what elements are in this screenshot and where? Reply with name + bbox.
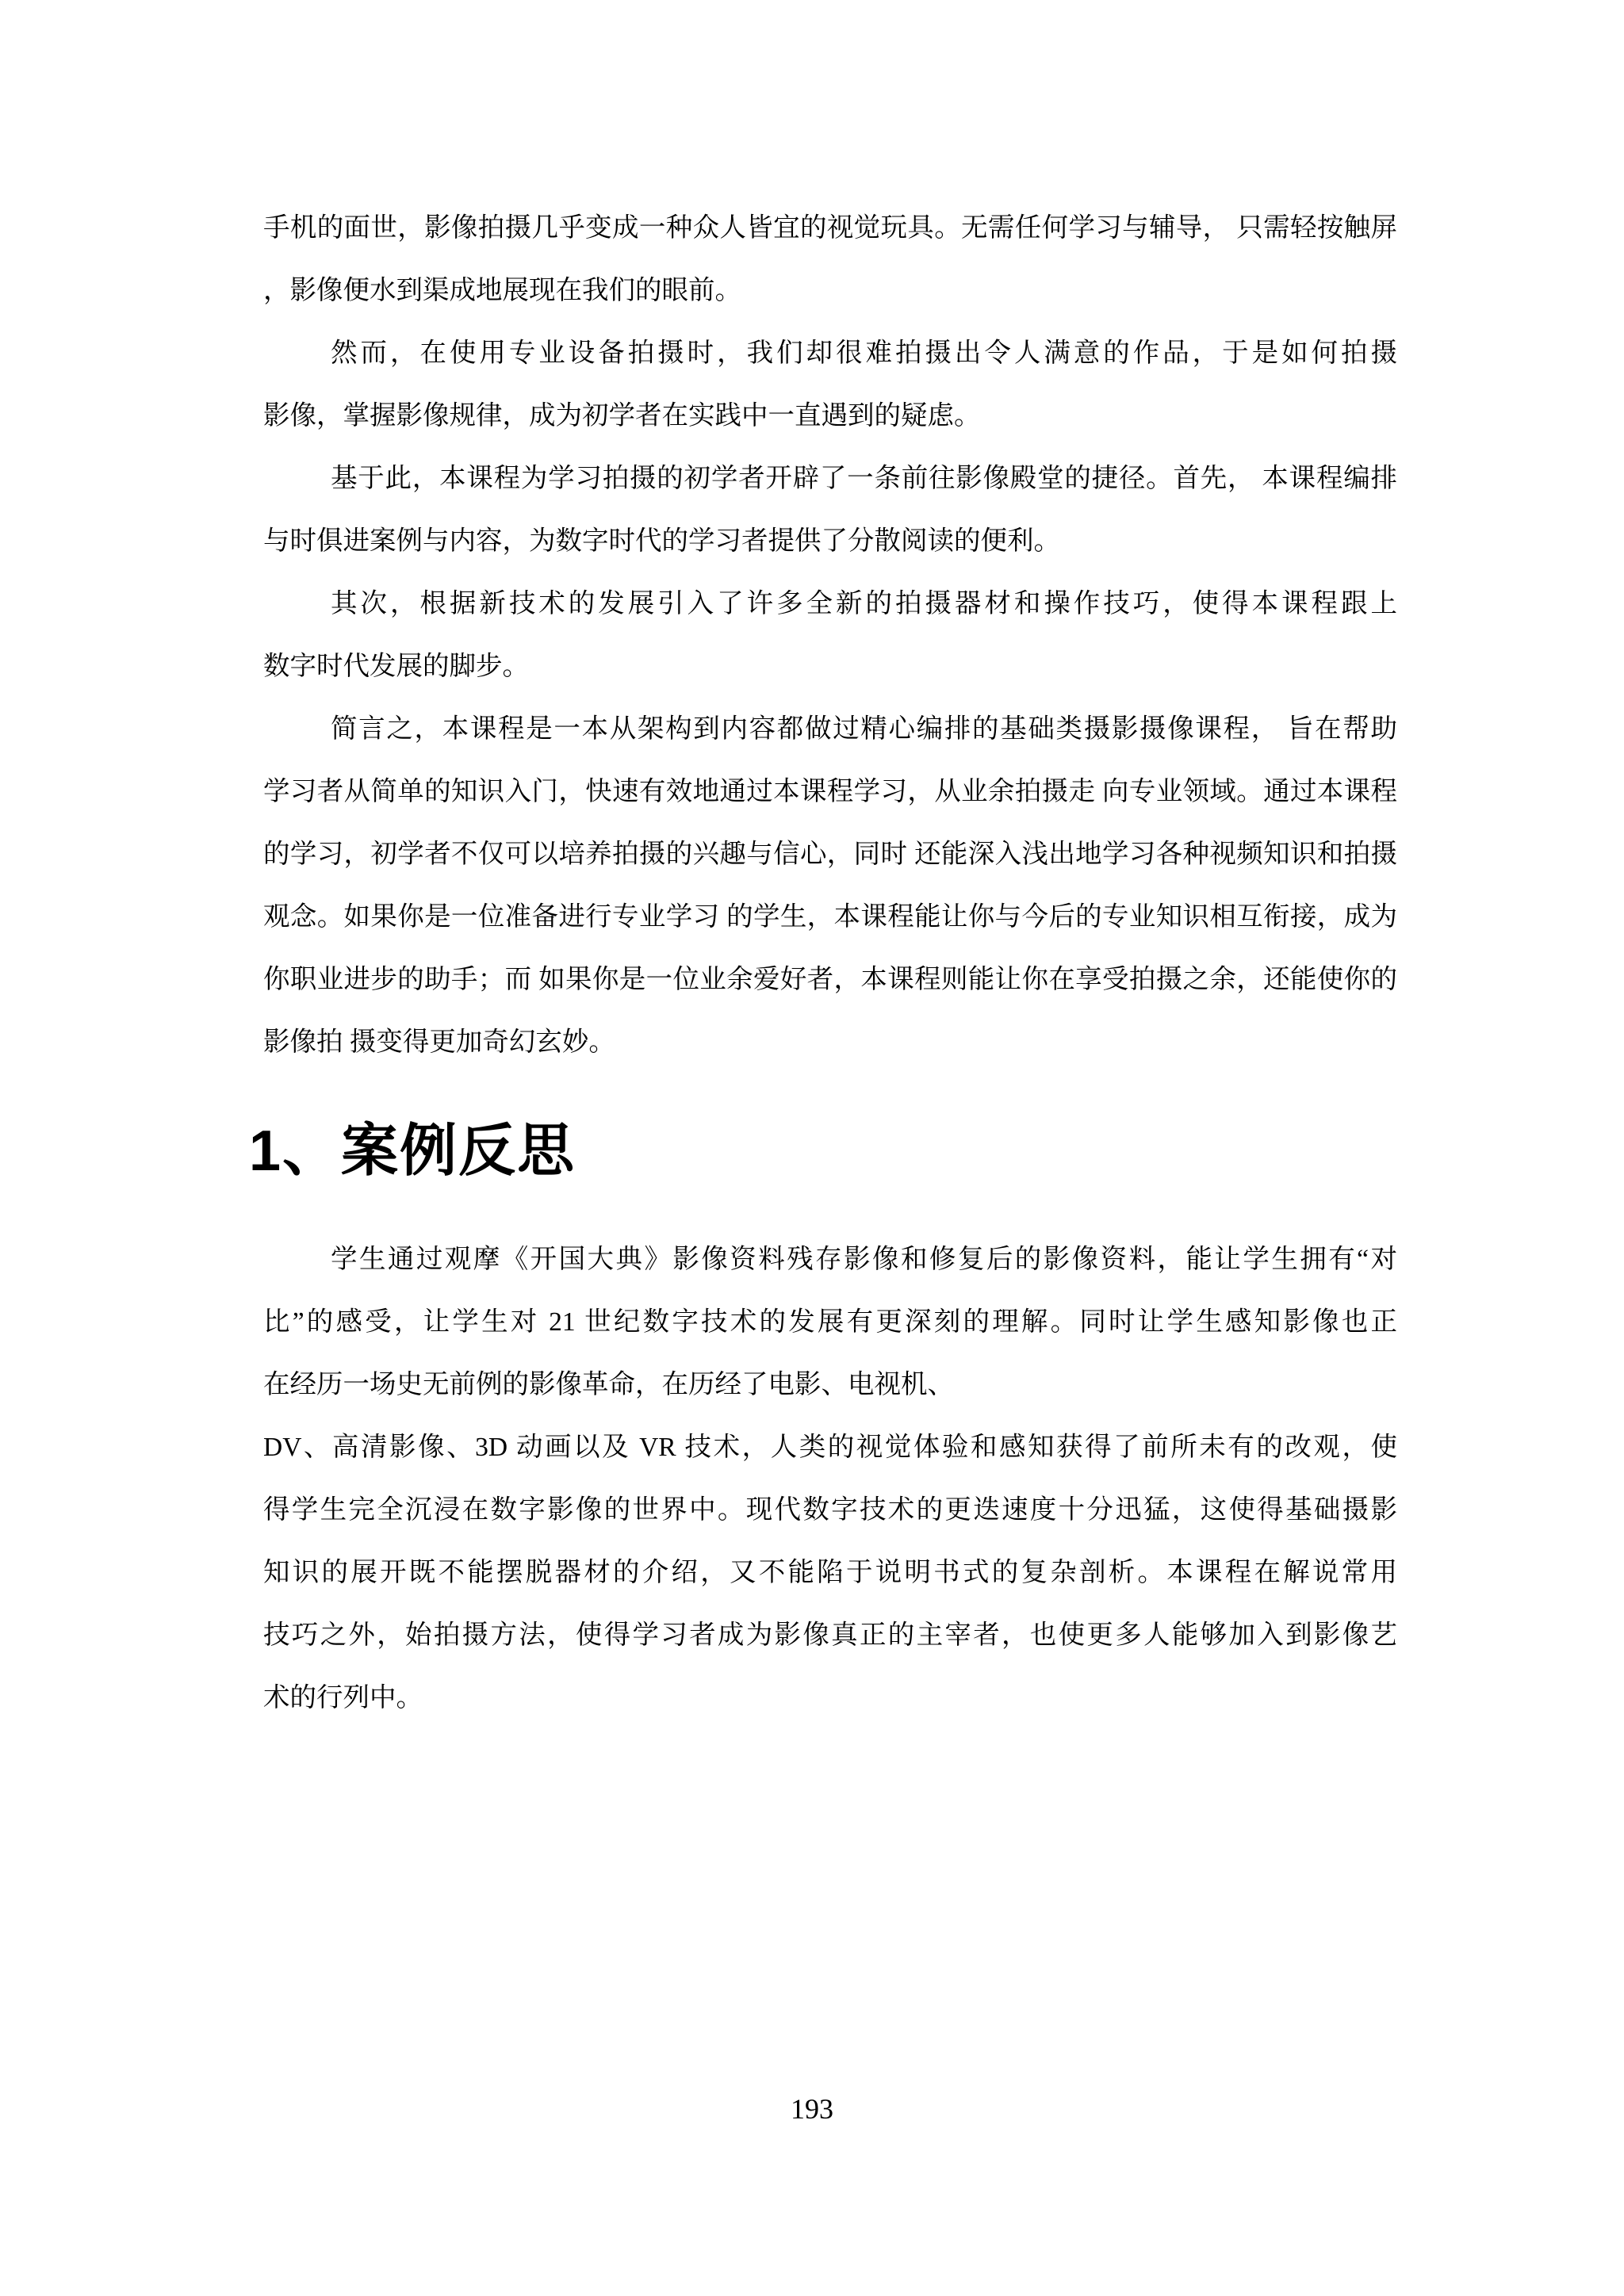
- case-paragraph-line: 在经历一场史无前例的影像革命，在历经了电影、电视机、: [263, 1353, 1397, 1416]
- intro-paragraph-line: 其次，根据新技术的发展引入了许多全新的拍摄器材和操作技巧，使得本课程跟上: [263, 572, 1397, 635]
- case-paragraph-line: 知识的展开既不能摆脱器材的介绍，又不能陷于说明书式的复杂剖析。本课程在解说常用: [263, 1541, 1397, 1604]
- case-paragraph-line: 得学生完全沉浸在数字影像的世界中。现代数字技术的更迭速度十分迅猛，这使得基础摄影: [263, 1479, 1397, 1541]
- intro-paragraph-line: 你职业进步的助手；而 如果你是一位业余爱好者，本课程则能让你在享受拍摄之余，还能…: [263, 948, 1397, 1011]
- intro-paragraph-line: 基于此，本课程为学习拍摄的初学者开辟了一条前往影像殿堂的捷径。首先， 本课程编排…: [263, 447, 1397, 510]
- case-paragraph-line: 学生通过观摩《开国大典》影像资料残存影像和修复后的影像资料，能让学生拥有“对: [263, 1228, 1397, 1291]
- section-heading: 1、案例反思: [249, 1115, 1397, 1188]
- intro-paragraph-line: 影像拍 摄变得更加奇幻玄妙。: [263, 1011, 1397, 1073]
- intro-paragraph-line: ，影像便水到渠成地展现在我们的眼前。: [263, 259, 1397, 322]
- case-paragraph-line: DV、高清影像、3D 动画以及 VR 技术，人类的视觉体验和感知获得了前所未有的…: [263, 1416, 1397, 1479]
- intro-paragraph-line: 简言之，本课程是一本从架构到内容都做过精心编排的基础类摄影摄像课程， 旨在帮助: [263, 698, 1397, 760]
- document-page: 手机的面世，影像拍摄几乎变成一种众人皆宜的视觉玩具。无需任何学习与辅导， 只需轻…: [0, 0, 1624, 2296]
- intro-paragraph-line: 数字时代发展的脚步。: [263, 635, 1397, 698]
- case-paragraph-line: 比”的感受，让学生对 21 世纪数字技术的发展有更深刻的理解。同时让学生感知影像…: [263, 1291, 1397, 1353]
- case-paragraph-line: 术的行列中。: [263, 1667, 1397, 1729]
- intro-paragraph-line: 与时俱进案例与内容，为数字时代的学习者提供了分散阅读的便利。: [263, 510, 1397, 572]
- intro-paragraph-line: 观念。如果你是一位准备进行专业学习 的学生，本课程能让你与今后的专业知识相互衔接…: [263, 886, 1397, 948]
- intro-paragraph-line: 影像，掌握影像规律，成为初学者在实践中一直遇到的疑虑。: [263, 385, 1397, 447]
- intro-paragraph-line: 学习者从简单的知识入门，快速有效地通过本课程学习，从业余拍摄走 向专业领域。通过…: [263, 760, 1397, 823]
- intro-paragraph-line: 手机的面世，影像拍摄几乎变成一种众人皆宜的视觉玩具。无需任何学习与辅导， 只需轻…: [263, 197, 1397, 259]
- case-paragraph-line: 技巧之外，始拍摄方法，使得学习者成为影像真正的主宰者，也使更多人能够加入到影像艺: [263, 1604, 1397, 1667]
- intro-paragraph-line: 的学习，初学者不仅可以培养拍摄的兴趣与信心，同时 还能深入浅出地学习各种视频知识…: [263, 823, 1397, 886]
- text-column: 手机的面世，影像拍摄几乎变成一种众人皆宜的视觉玩具。无需任何学习与辅导， 只需轻…: [263, 197, 1397, 1729]
- intro-paragraph-line: 然而，在使用专业设备拍摄时，我们却很难拍摄出令人满意的作品，于是如何拍摄: [263, 322, 1397, 385]
- page-number: 193: [0, 2093, 1624, 2125]
